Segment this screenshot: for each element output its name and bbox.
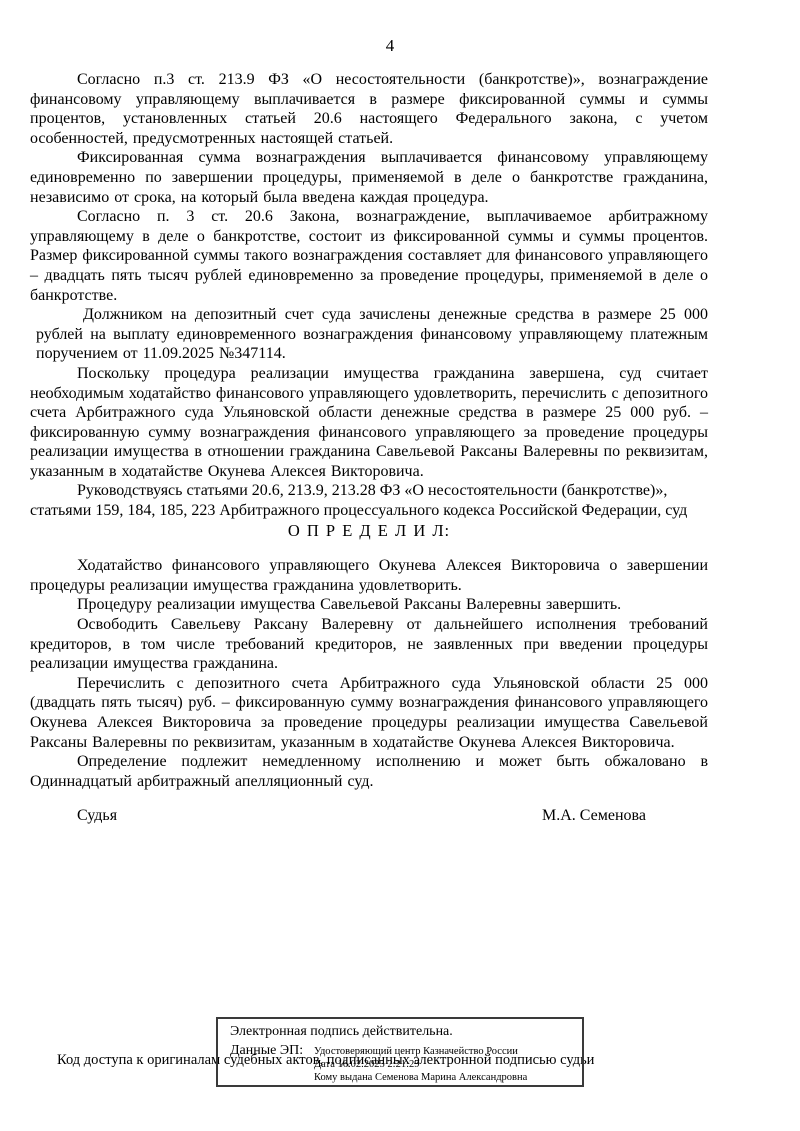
judge-name: М.А. Семенова: [542, 807, 646, 825]
paragraph: Согласно п.3 ст. 213.9 ФЗ «О несостоятел…: [30, 70, 708, 148]
signature-row: Судья М.А. Семенова: [30, 807, 708, 825]
ruling-body: Согласно п.3 ст. 213.9 ФЗ «О несостоятел…: [30, 70, 708, 825]
paragraph: Фиксированная сумма вознаграждения выпла…: [30, 148, 708, 207]
stamp-issued-to: Кому выдана Семенова Марина Александровн…: [314, 1071, 527, 1084]
stamp-date: Дата 16.02.2025 2:21:29: [314, 1058, 527, 1071]
paragraph: Должником на депозитный счет суда зачисл…: [30, 305, 708, 364]
paragraph: Перечислить с депозитного счета Арбитраж…: [30, 674, 708, 752]
esignature-stamp: Электронная подпись действительна. Данны…: [216, 1017, 584, 1087]
stamp-authority: Удостоверяющий центр Казначейство России: [314, 1045, 527, 1058]
ruling-heading: О П Р Е Д Е Л И Л:: [30, 521, 708, 541]
paragraph: Поскольку процедура реализации имущества…: [30, 364, 708, 482]
paragraph: Освободить Савельеву Раксану Валеревну о…: [30, 615, 708, 674]
paragraph: Ходатайство финансового управляющего Оку…: [30, 556, 708, 595]
judge-label: Судья: [77, 807, 117, 825]
paragraph: Согласно п. 3 ст. 20.6 Закона, вознаграж…: [30, 207, 708, 305]
page-number: 4: [0, 36, 780, 56]
paragraph: Руководствуясь статьями 20.6, 213.9, 213…: [30, 481, 708, 520]
stamp-data-label: Данные ЭП:: [230, 1043, 314, 1084]
stamp-details: Удостоверяющий центр Казначейство России…: [314, 1043, 527, 1084]
court-ruling-page: 4 Согласно п.3 ст. 213.9 ФЗ «О несостоят…: [0, 0, 800, 1131]
stamp-valid-text: Электронная подпись действительна.: [218, 1019, 582, 1040]
stamp-data-row: Данные ЭП: Удостоверяющий центр Казначей…: [218, 1043, 582, 1084]
paragraph: Процедуру реализации имущества Савельево…: [30, 595, 708, 615]
paragraph: Определение подлежит немедленному исполн…: [30, 752, 708, 791]
